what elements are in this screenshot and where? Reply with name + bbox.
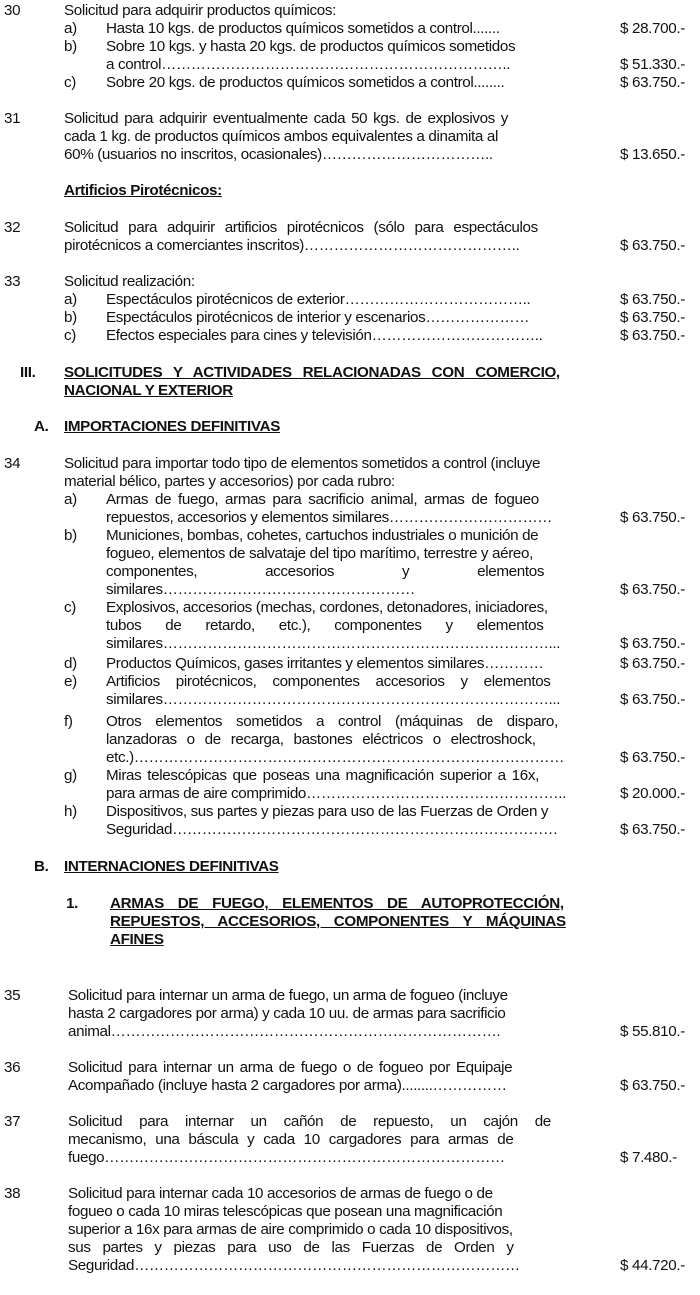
sub-label: a) (64, 491, 77, 508)
item-text: Solicitud para adquirir eventualmente ca… (64, 110, 601, 127)
item-title: Solicitud realización: (64, 273, 195, 290)
sub-text: similares…………………………………………… (106, 581, 415, 598)
price: $ 51.330.- (620, 56, 685, 73)
sub-text: componentes, accesorios y elementos (106, 563, 544, 580)
price: $ 63.750.- (620, 655, 685, 672)
section-numeral: III. (20, 364, 35, 381)
subsection-title: AFINES (110, 931, 164, 948)
item-text: pirotécnicos a comerciantes inscritos)……… (64, 237, 519, 254)
sub-text: Espectáculos pirotécnicos de exterior………… (106, 291, 530, 308)
sub-label: e) (64, 673, 77, 690)
item-text: Solicitud para internar un cañón de repu… (68, 1113, 551, 1130)
sub-label: c) (64, 599, 76, 616)
sub-label: h) (64, 803, 77, 820)
sub-label: b) (64, 527, 77, 544)
item-text: animal……………………………………………………………………. (68, 1023, 500, 1040)
item-title: Solicitud para adquirir productos químic… (64, 2, 336, 19)
sub-label: g) (64, 767, 77, 784)
sub-text: Hasta 10 kgs. de productos químicos some… (106, 20, 500, 37)
sub-text: Sobre 10 kgs. y hasta 20 kgs. de product… (106, 38, 515, 55)
sub-text: etc.)…………………………………………………………………………… (106, 749, 564, 766)
sub-text: fogueo, elementos de salvataje del tipo … (106, 545, 533, 562)
item-text: Solicitud para internar un arma de fuego… (68, 1059, 512, 1076)
sub-text: a control…………………………………………………………….. (106, 56, 510, 73)
section-letter: A. (34, 418, 49, 435)
section-title: SOLICITUDES Y ACTIVIDADES RELACIONADAS C… (64, 364, 560, 381)
sub-label: f) (64, 713, 73, 730)
sub-text: Sobre 20 kgs. de productos químicos some… (106, 74, 504, 91)
sub-text: Efectos especiales para cines y televisi… (106, 327, 543, 344)
price: $ 63.750.- (620, 327, 685, 344)
subsection-heading: Artificios Pirotécnicos: (64, 182, 222, 199)
item-text: Solicitud para internar un arma de fuego… (68, 987, 508, 1004)
price: $ 63.750.- (620, 691, 685, 708)
sub-text: Productos Químicos, gases irritantes y e… (106, 655, 543, 672)
subsection-title: REPUESTOS, ACCESORIOS, COMPONENTES Y MÁQ… (110, 913, 566, 930)
sub-text: Dispositivos, sus partes y piezas para u… (106, 803, 548, 820)
item-text: 60% (usuarios no inscritos, ocasionales)… (64, 146, 493, 163)
item-number: 37 (4, 1113, 20, 1130)
item-text: hasta 2 cargadores por arma) y cada 10 u… (68, 1005, 505, 1022)
item-number: 38 (4, 1185, 20, 1202)
item-text: fogueo o cada 10 miras telescópicas que … (68, 1203, 502, 1220)
price: $ 63.750.- (620, 291, 685, 308)
item-text: Solicitud para importar todo tipo de ele… (64, 455, 540, 472)
sub-text: Otros elementos sometidos a control (máq… (106, 713, 558, 730)
price: $ 63.750.- (620, 821, 685, 838)
price: $ 63.750.- (620, 309, 685, 326)
item-text: Seguridad…………………………………………………………………… (68, 1257, 520, 1274)
section-title: NACIONAL Y EXTERIOR (64, 382, 233, 399)
price: $ 44.720.- (620, 1257, 685, 1274)
price: $ 63.750.- (620, 749, 685, 766)
sub-text: similares……………………………………………………………………... (106, 635, 560, 652)
sub-text: repuestos, accesorios y elementos simila… (106, 509, 552, 526)
item-text: superior a 16x para armas de aire compri… (68, 1221, 513, 1238)
item-text: mecanismo, una báscula y cada 10 cargado… (68, 1131, 513, 1148)
section-letter: B. (34, 858, 49, 875)
item-text: material bélico, partes y accesorios) po… (64, 473, 395, 490)
sub-text: Armas de fuego, armas para sacrificio an… (106, 491, 539, 508)
item-text: Acompañado (incluye hasta 2 cargadores p… (68, 1077, 507, 1094)
sub-label: b) (64, 38, 77, 55)
price: $ 20.000.- (620, 785, 685, 802)
sub-text: Seguridad…………………………………………………………………… (106, 821, 558, 838)
item-number: 33 (4, 273, 20, 290)
sub-label: d) (64, 655, 77, 672)
sub-label: a) (64, 20, 77, 37)
price: $ 63.750.- (620, 237, 685, 254)
sub-label: a) (64, 291, 77, 308)
price: $ 63.750.- (620, 74, 685, 91)
price: $ 63.750.- (620, 1077, 685, 1094)
price: $ 7.480.- (620, 1149, 677, 1166)
section-title: INTERNACIONES DEFINITIVAS (64, 858, 279, 875)
sub-text: Miras telescópicas que poseas una magnif… (106, 767, 539, 784)
sub-text: Explosivos, accesorios (mechas, cordones… (106, 599, 548, 616)
item-text: fuego……………………………………………………………………… (68, 1149, 505, 1166)
item-text: Solicitud para internar cada 10 accesori… (68, 1185, 493, 1202)
price: $ 63.750.- (620, 635, 685, 652)
sub-text: lanzadoras o de recarga, bastones eléctr… (106, 731, 536, 748)
sub-text: Municiones, bombas, cohetes, cartuchos i… (106, 527, 538, 544)
price: $ 55.810.- (620, 1023, 685, 1040)
item-text: Solicitud para adquirir artificios pirot… (64, 219, 538, 236)
item-number: 31 (4, 110, 20, 127)
sub-label: c) (64, 327, 76, 344)
item-number: 34 (4, 455, 20, 472)
item-number: 32 (4, 219, 20, 236)
item-number: 36 (4, 1059, 20, 1076)
price: $ 63.750.- (620, 509, 685, 526)
section-title: IMPORTACIONES DEFINITIVAS (64, 418, 280, 435)
price: $ 63.750.- (620, 581, 685, 598)
item-text: cada 1 kg. de productos químicos ambos e… (64, 128, 498, 145)
sub-text: tubos de retardo, etc.), componentes y e… (106, 617, 544, 634)
price: $ 13.650.- (620, 146, 685, 163)
item-number: 35 (4, 987, 20, 1004)
sub-text: similares……………………………………………………………………... (106, 691, 560, 708)
price: $ 28.700.- (620, 20, 685, 37)
sub-label: b) (64, 309, 77, 326)
sub-text: para armas de aire comprimido……………………………… (106, 785, 566, 802)
item-number: 30 (4, 2, 20, 19)
item-text: sus partes y piezas para uso de las Fuer… (68, 1239, 514, 1256)
sub-label: c) (64, 74, 76, 91)
subsection-number: 1. (66, 895, 78, 912)
sub-text: Espectáculos pirotécnicos de interior y … (106, 309, 529, 326)
sub-text: Artificios pirotécnicos, componentes acc… (106, 673, 551, 690)
subsection-title: ARMAS DE FUEGO, ELEMENTOS DE AUTOPROTECC… (110, 895, 564, 912)
